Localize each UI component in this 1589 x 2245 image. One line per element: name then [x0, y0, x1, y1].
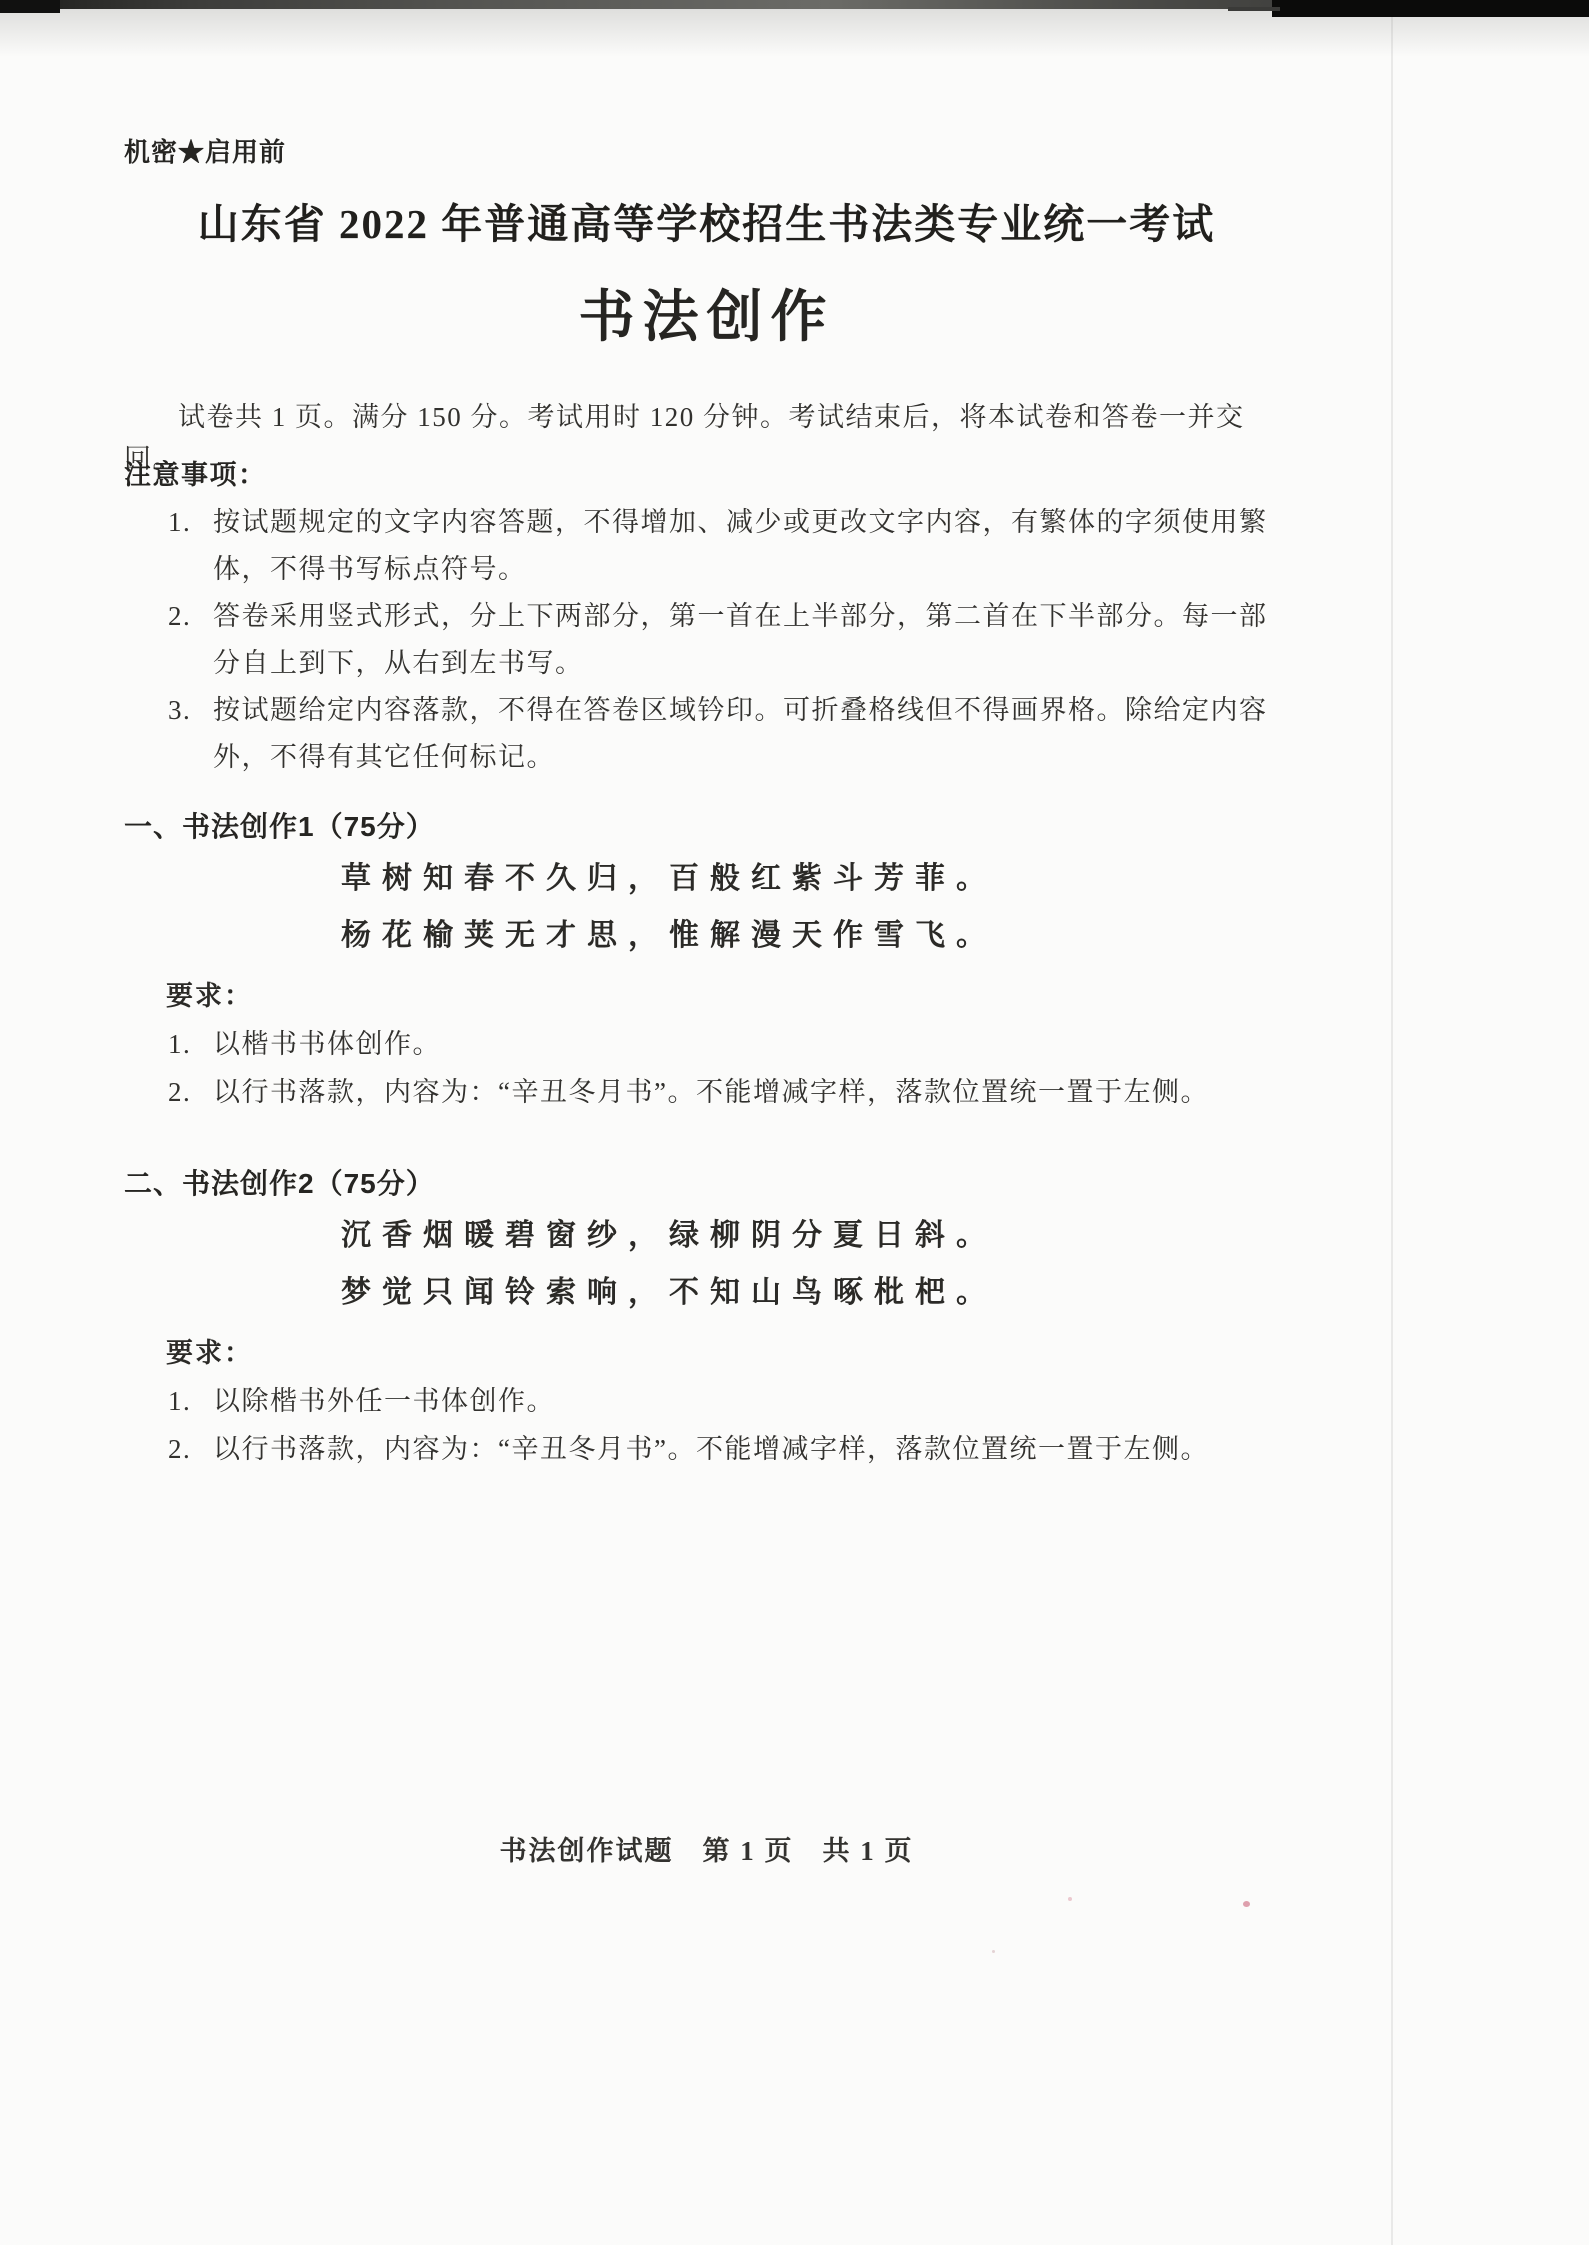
poem-line: 杨花榆荚无才思，惟解漫天作雪飞。 [341, 907, 1289, 964]
note-text: 按试题给定内容落款，不得在答卷区域钤印。可折叠格线但不得画界格。除给定内容外，不… [213, 687, 1288, 781]
requirement-text: 以行书落款，内容为：“辛丑冬月书”。不能增减字样，落款位置统一置于左侧。 [213, 1068, 1288, 1116]
requirement-item: 2. 以行书落款，内容为：“辛丑冬月书”。不能增减字样，落款位置统一置于左侧。 [124, 1068, 1289, 1116]
note-text: 按试题规定的文字内容答题，不得增加、减少或更改文字内容，有繁体的字须使用繁体，不… [213, 499, 1288, 593]
requirements-heading: 要求： [124, 973, 1289, 1020]
poem-line: 梦觉只闻铃索响，不知山鸟啄枇杷。 [341, 1264, 1289, 1321]
scanned-exam-page: 机密★启用前 山东省 2022 年普通高等学校招生书法类专业统一考试 书法创作 … [0, 0, 1589, 2245]
requirement-number: 2. [168, 1425, 213, 1473]
scan-ink-speck [992, 1950, 995, 1953]
poem-line: 草树知春不久归，百般红紫斗芳菲。 [341, 850, 1289, 907]
requirement-item: 1. 以楷书书体创作。 [124, 1020, 1289, 1068]
note-text: 答卷采用竖式形式，分上下两部分，第一首在上半部分，第二首在下半部分。每一部分自上… [213, 593, 1288, 687]
requirement-number: 2. [168, 1068, 213, 1116]
poem-block: 草树知春不久归，百般红紫斗芳菲。 杨花榆荚无才思，惟解漫天作雪飞。 [124, 850, 1289, 964]
scan-corner-top-left [0, 0, 60, 13]
note-item: 3. 按试题给定内容落款，不得在答卷区域钤印。可折叠格线但不得画界格。除给定内容… [124, 687, 1289, 781]
exam-title: 山东省 2022 年普通高等学校招生书法类专业统一考试 [124, 198, 1289, 250]
requirement-number: 1. [168, 1377, 213, 1425]
requirement-item: 1. 以除楷书外任一书体创作。 [124, 1377, 1289, 1425]
scan-tick-mark [1228, 7, 1280, 11]
subject-title: 书法创作 [124, 286, 1289, 350]
scan-ink-speck [1068, 1897, 1072, 1901]
poem-line: 沉香烟暖碧窗纱，绿柳阴分夏日斜。 [341, 1207, 1289, 1264]
classification-banner: 机密★启用前 [124, 136, 1289, 168]
requirement-text: 以行书落款，内容为：“辛丑冬月书”。不能增减字样，落款位置统一置于左侧。 [213, 1425, 1288, 1473]
requirement-text: 以除楷书外任一书体创作。 [213, 1377, 1288, 1425]
section-calligraphy-1: 一、书法创作1（75分） 草树知春不久归，百般红紫斗芳菲。 杨花榆荚无才思，惟解… [124, 803, 1289, 1116]
requirements-heading: 要求： [124, 1330, 1289, 1377]
poem-block: 沉香烟暖碧窗纱，绿柳阴分夏日斜。 梦觉只闻铃索响，不知山鸟啄枇杷。 [124, 1207, 1289, 1321]
requirement-text: 以楷书书体创作。 [213, 1020, 1288, 1068]
section-1-heading: 一、书法创作1（75分） [124, 803, 1289, 850]
scan-ink-speck [1243, 1901, 1250, 1907]
requirement-number: 1. [168, 1020, 213, 1068]
notes-block: 注意事项： 1. 按试题规定的文字内容答题，不得增加、减少或更改文字内容，有繁体… [124, 452, 1289, 781]
note-number: 2. [168, 593, 213, 640]
note-number: 1. [168, 499, 213, 546]
scan-page-edge-line [1391, 17, 1393, 2245]
note-item: 1. 按试题规定的文字内容答题，不得增加、减少或更改文字内容，有繁体的字须使用繁… [124, 499, 1289, 593]
section-2-heading: 二、书法创作2（75分） [124, 1160, 1289, 1207]
scan-corner-top-right [1272, 0, 1589, 17]
notes-heading: 注意事项： [124, 452, 1289, 499]
requirement-item: 2. 以行书落款，内容为：“辛丑冬月书”。不能增减字样，落款位置统一置于左侧。 [124, 1425, 1289, 1473]
note-number: 3. [168, 687, 213, 734]
page-footer: 书法创作试题 第 1 页 共 1 页 [124, 1828, 1289, 1875]
note-item: 2. 答卷采用竖式形式，分上下两部分，第一首在上半部分，第二首在下半部分。每一部… [124, 593, 1289, 687]
section-calligraphy-2: 二、书法创作2（75分） 沉香烟暖碧窗纱，绿柳阴分夏日斜。 梦觉只闻铃索响，不知… [124, 1160, 1289, 1473]
